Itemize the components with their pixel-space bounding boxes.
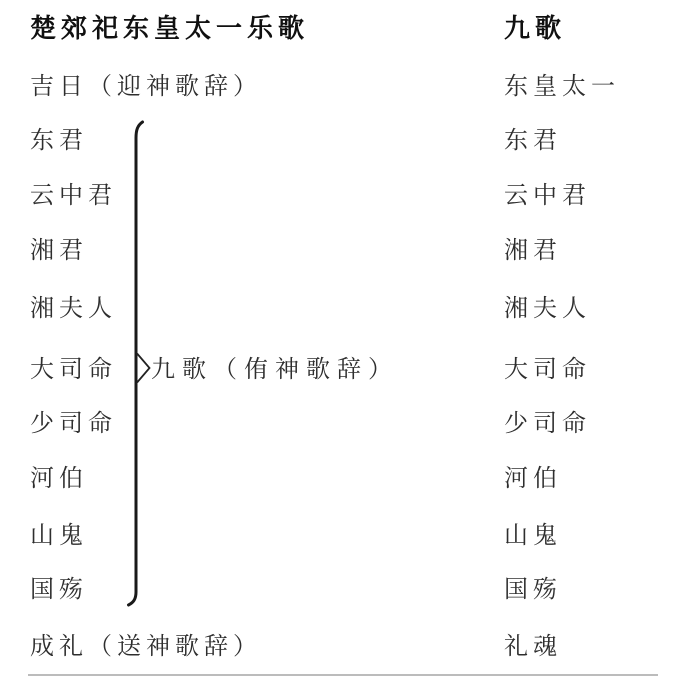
right-row-dongjun: 东君 <box>504 128 562 155</box>
right-row-xiangfuren: 湘夫人 <box>504 296 591 323</box>
left-row-dasiming: 大司命 <box>30 357 117 384</box>
scanned-book-page: 楚郊祀东皇太一乐歌 吉日（迎神歌辞） 东君 云中君 湘君 湘夫人 大司命 少司命… <box>0 0 680 677</box>
right-row-shaosiming: 少司命 <box>504 411 591 438</box>
right-row-lihun: 礼魂 <box>504 634 562 661</box>
right-row-hebo: 河伯 <box>504 466 562 493</box>
right-row-xiangjun: 湘君 <box>504 238 562 265</box>
left-row-guoshang: 国殇 <box>30 577 88 604</box>
right-row-shangui: 山鬼 <box>504 523 562 550</box>
brace-group-label: 九歌（侑神歌辞） <box>151 357 399 384</box>
left-row-yunzhongjun: 云中君 <box>30 183 117 210</box>
left-row-shaosiming: 少司命 <box>30 411 117 438</box>
left-row-xiangfuren: 湘夫人 <box>30 296 117 323</box>
right-row-yunzhongjun: 云中君 <box>504 183 591 210</box>
left-row-shangui: 山鬼 <box>30 523 88 550</box>
grouping-brace <box>0 0 680 677</box>
left-row-chengli: 成礼（送神歌辞） <box>30 634 262 661</box>
left-row-xiangjun: 湘君 <box>30 238 88 265</box>
right-row-donghuangtaiyi: 东皇太一 <box>504 74 620 101</box>
left-row-jiri: 吉日（迎神歌辞） <box>30 74 262 101</box>
right-row-dasiming: 大司命 <box>504 357 591 384</box>
left-row-hebo: 河伯 <box>30 466 88 493</box>
left-row-dongjun: 东君 <box>30 128 88 155</box>
left-column-title: 楚郊祀东皇太一乐歌 <box>30 14 309 42</box>
right-row-guoshang: 国殇 <box>504 577 562 604</box>
scan-artifact-line <box>28 674 658 676</box>
right-column-title: 九歌 <box>504 14 566 42</box>
